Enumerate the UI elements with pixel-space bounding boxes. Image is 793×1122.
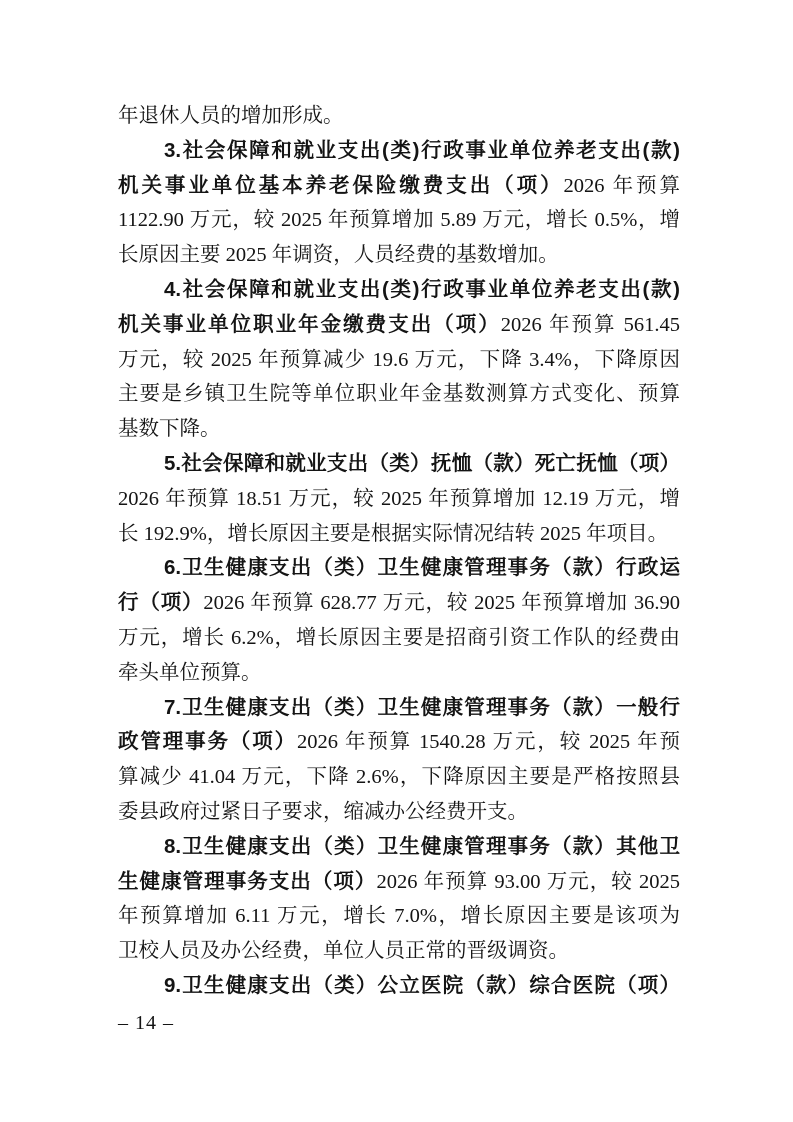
- heading-run: 生健康管理事务支出（项）: [118, 870, 376, 893]
- heading-run: 机关事业单位职业年金缴费支出（项）: [118, 313, 501, 336]
- text-line: 万元，增长 6.2%，增长原因主要是招商引资工作队的经费由: [118, 621, 680, 656]
- text-line: 主要是乡镇卫生院等单位职业年金基数测算方式变化、预算: [118, 377, 680, 412]
- text-line: 8.卫生健康支出（类）卫生健康管理事务（款）其他卫: [118, 830, 680, 865]
- text-block: 年退休人员的增加形成。3.社会保障和就业支出(类)行政事业单位养老支出(款)机关…: [118, 99, 680, 1004]
- body-run: 主要是乡镇卫生院等单位职业年金基数测算方式变化、预算: [118, 383, 680, 405]
- heading-run: 机关事业单位基本养老保险缴费支出（项）: [118, 174, 564, 197]
- body-run: 万元，增长 6.2%，增长原因主要是招商引资工作队的经费由: [118, 627, 680, 649]
- page-number: – 14 –: [118, 1010, 174, 1036]
- heading-run: 7.卫生健康支出（类）卫生健康管理事务（款）一般行: [164, 696, 680, 719]
- body-run: 万元，较 2025 年预算减少 19.6 万元，下降 3.4%，下降原因: [118, 349, 680, 371]
- text-line: 年预算增加 6.11 万元，增长 7.0%，增长原因主要是该项为: [118, 899, 680, 934]
- document-page: 年退休人员的增加形成。3.社会保障和就业支出(类)行政事业单位养老支出(款)机关…: [0, 0, 793, 1122]
- heading-run: 3.社会保障和就业支出(类)行政事业单位养老支出(款): [164, 139, 680, 162]
- body-run: 2026 年预算 18.51 万元，较 2025 年预算增加 12.19 万元，…: [118, 488, 680, 510]
- heading-run: 9.卫生健康支出（类）公立医院（款）综合医院（项）: [164, 974, 680, 997]
- text-line: 机关事业单位职业年金缴费支出（项）2026 年预算 561.45: [118, 308, 680, 343]
- heading-run: 政管理事务（项）: [118, 730, 297, 753]
- body-run: 长原因主要 2025 年调资，人员经费的基数增加。: [118, 244, 559, 266]
- heading-run: 4.社会保障和就业支出(类)行政事业单位养老支出(款): [164, 278, 680, 301]
- body-run: 2026 年预算 93.00 万元，较 2025: [376, 871, 680, 893]
- text-line: 6.卫生健康支出（类）卫生健康管理事务（款）行政运: [118, 551, 680, 586]
- body-run: 算减少 41.04 万元，下降 2.6%，下降原因主要是严格按照县: [118, 766, 680, 788]
- body-run: 1122.90 万元，较 2025 年预算增加 5.89 万元，增长 0.5%，…: [118, 209, 680, 231]
- text-line: 年退休人员的增加形成。: [118, 99, 680, 134]
- text-line: 2026 年预算 18.51 万元，较 2025 年预算增加 12.19 万元，…: [118, 482, 680, 517]
- text-line: 行（项）2026 年预算 628.77 万元，较 2025 年预算增加 36.9…: [118, 586, 680, 621]
- body-run: 委县政府过紧日子要求，缩减办公经费开支。: [118, 801, 528, 823]
- text-line: 3.社会保障和就业支出(类)行政事业单位养老支出(款): [118, 134, 680, 169]
- body-run: 2026 年预算 1540.28 万元，较 2025 年预: [297, 731, 680, 753]
- text-line: 1122.90 万元，较 2025 年预算增加 5.89 万元，增长 0.5%，…: [118, 203, 680, 238]
- body-run: 卫校人员及办公经费，单位人员正常的晋级调资。: [118, 940, 569, 962]
- text-line: 长原因主要 2025 年调资，人员经费的基数增加。: [118, 238, 680, 273]
- text-line: 委县政府过紧日子要求，缩减办公经费开支。: [118, 795, 680, 830]
- text-line: 9.卫生健康支出（类）公立医院（款）综合医院（项）: [118, 969, 680, 1004]
- body-run: 牵头单位预算。: [118, 662, 262, 684]
- heading-run: 行（项）: [118, 591, 203, 614]
- heading-run: 6.卫生健康支出（类）卫生健康管理事务（款）行政运: [164, 556, 680, 579]
- text-line: 万元，较 2025 年预算减少 19.6 万元，下降 3.4%，下降原因: [118, 343, 680, 378]
- text-line: 基数下降。: [118, 412, 680, 447]
- text-line: 7.卫生健康支出（类）卫生健康管理事务（款）一般行: [118, 691, 680, 726]
- body-run: 基数下降。: [118, 418, 221, 440]
- heading-run: 5.社会保障和就业支出（类）抚恤（款）死亡抚恤（项）: [164, 452, 680, 475]
- text-line: 机关事业单位基本养老保险缴费支出（项）2026 年预算: [118, 169, 680, 204]
- text-line: 4.社会保障和就业支出(类)行政事业单位养老支出(款): [118, 273, 680, 308]
- text-line: 5.社会保障和就业支出（类）抚恤（款）死亡抚恤（项）: [118, 447, 680, 482]
- body-run: 2026 年预算 561.45: [501, 314, 680, 336]
- body-run: 年预算增加 6.11 万元，增长 7.0%，增长原因主要是该项为: [118, 905, 680, 927]
- text-line: 长 192.9%，增长原因主要是根据实际情况结转 2025 年项目。: [118, 517, 680, 552]
- text-line: 牵头单位预算。: [118, 656, 680, 691]
- heading-run: 8.卫生健康支出（类）卫生健康管理事务（款）其他卫: [164, 835, 680, 858]
- text-line: 政管理事务（项）2026 年预算 1540.28 万元，较 2025 年预: [118, 725, 680, 760]
- text-line: 卫校人员及办公经费，单位人员正常的晋级调资。: [118, 934, 680, 969]
- body-run: 长 192.9%，增长原因主要是根据实际情况结转 2025 年项目。: [118, 523, 668, 545]
- text-line: 生健康管理事务支出（项）2026 年预算 93.00 万元，较 2025: [118, 865, 680, 900]
- body-run: 年退休人员的增加形成。: [118, 105, 344, 127]
- text-line: 算减少 41.04 万元，下降 2.6%，下降原因主要是严格按照县: [118, 760, 680, 795]
- body-run: 2026 年预算: [564, 175, 680, 197]
- body-run: 2026 年预算 628.77 万元，较 2025 年预算增加 36.90: [203, 592, 680, 614]
